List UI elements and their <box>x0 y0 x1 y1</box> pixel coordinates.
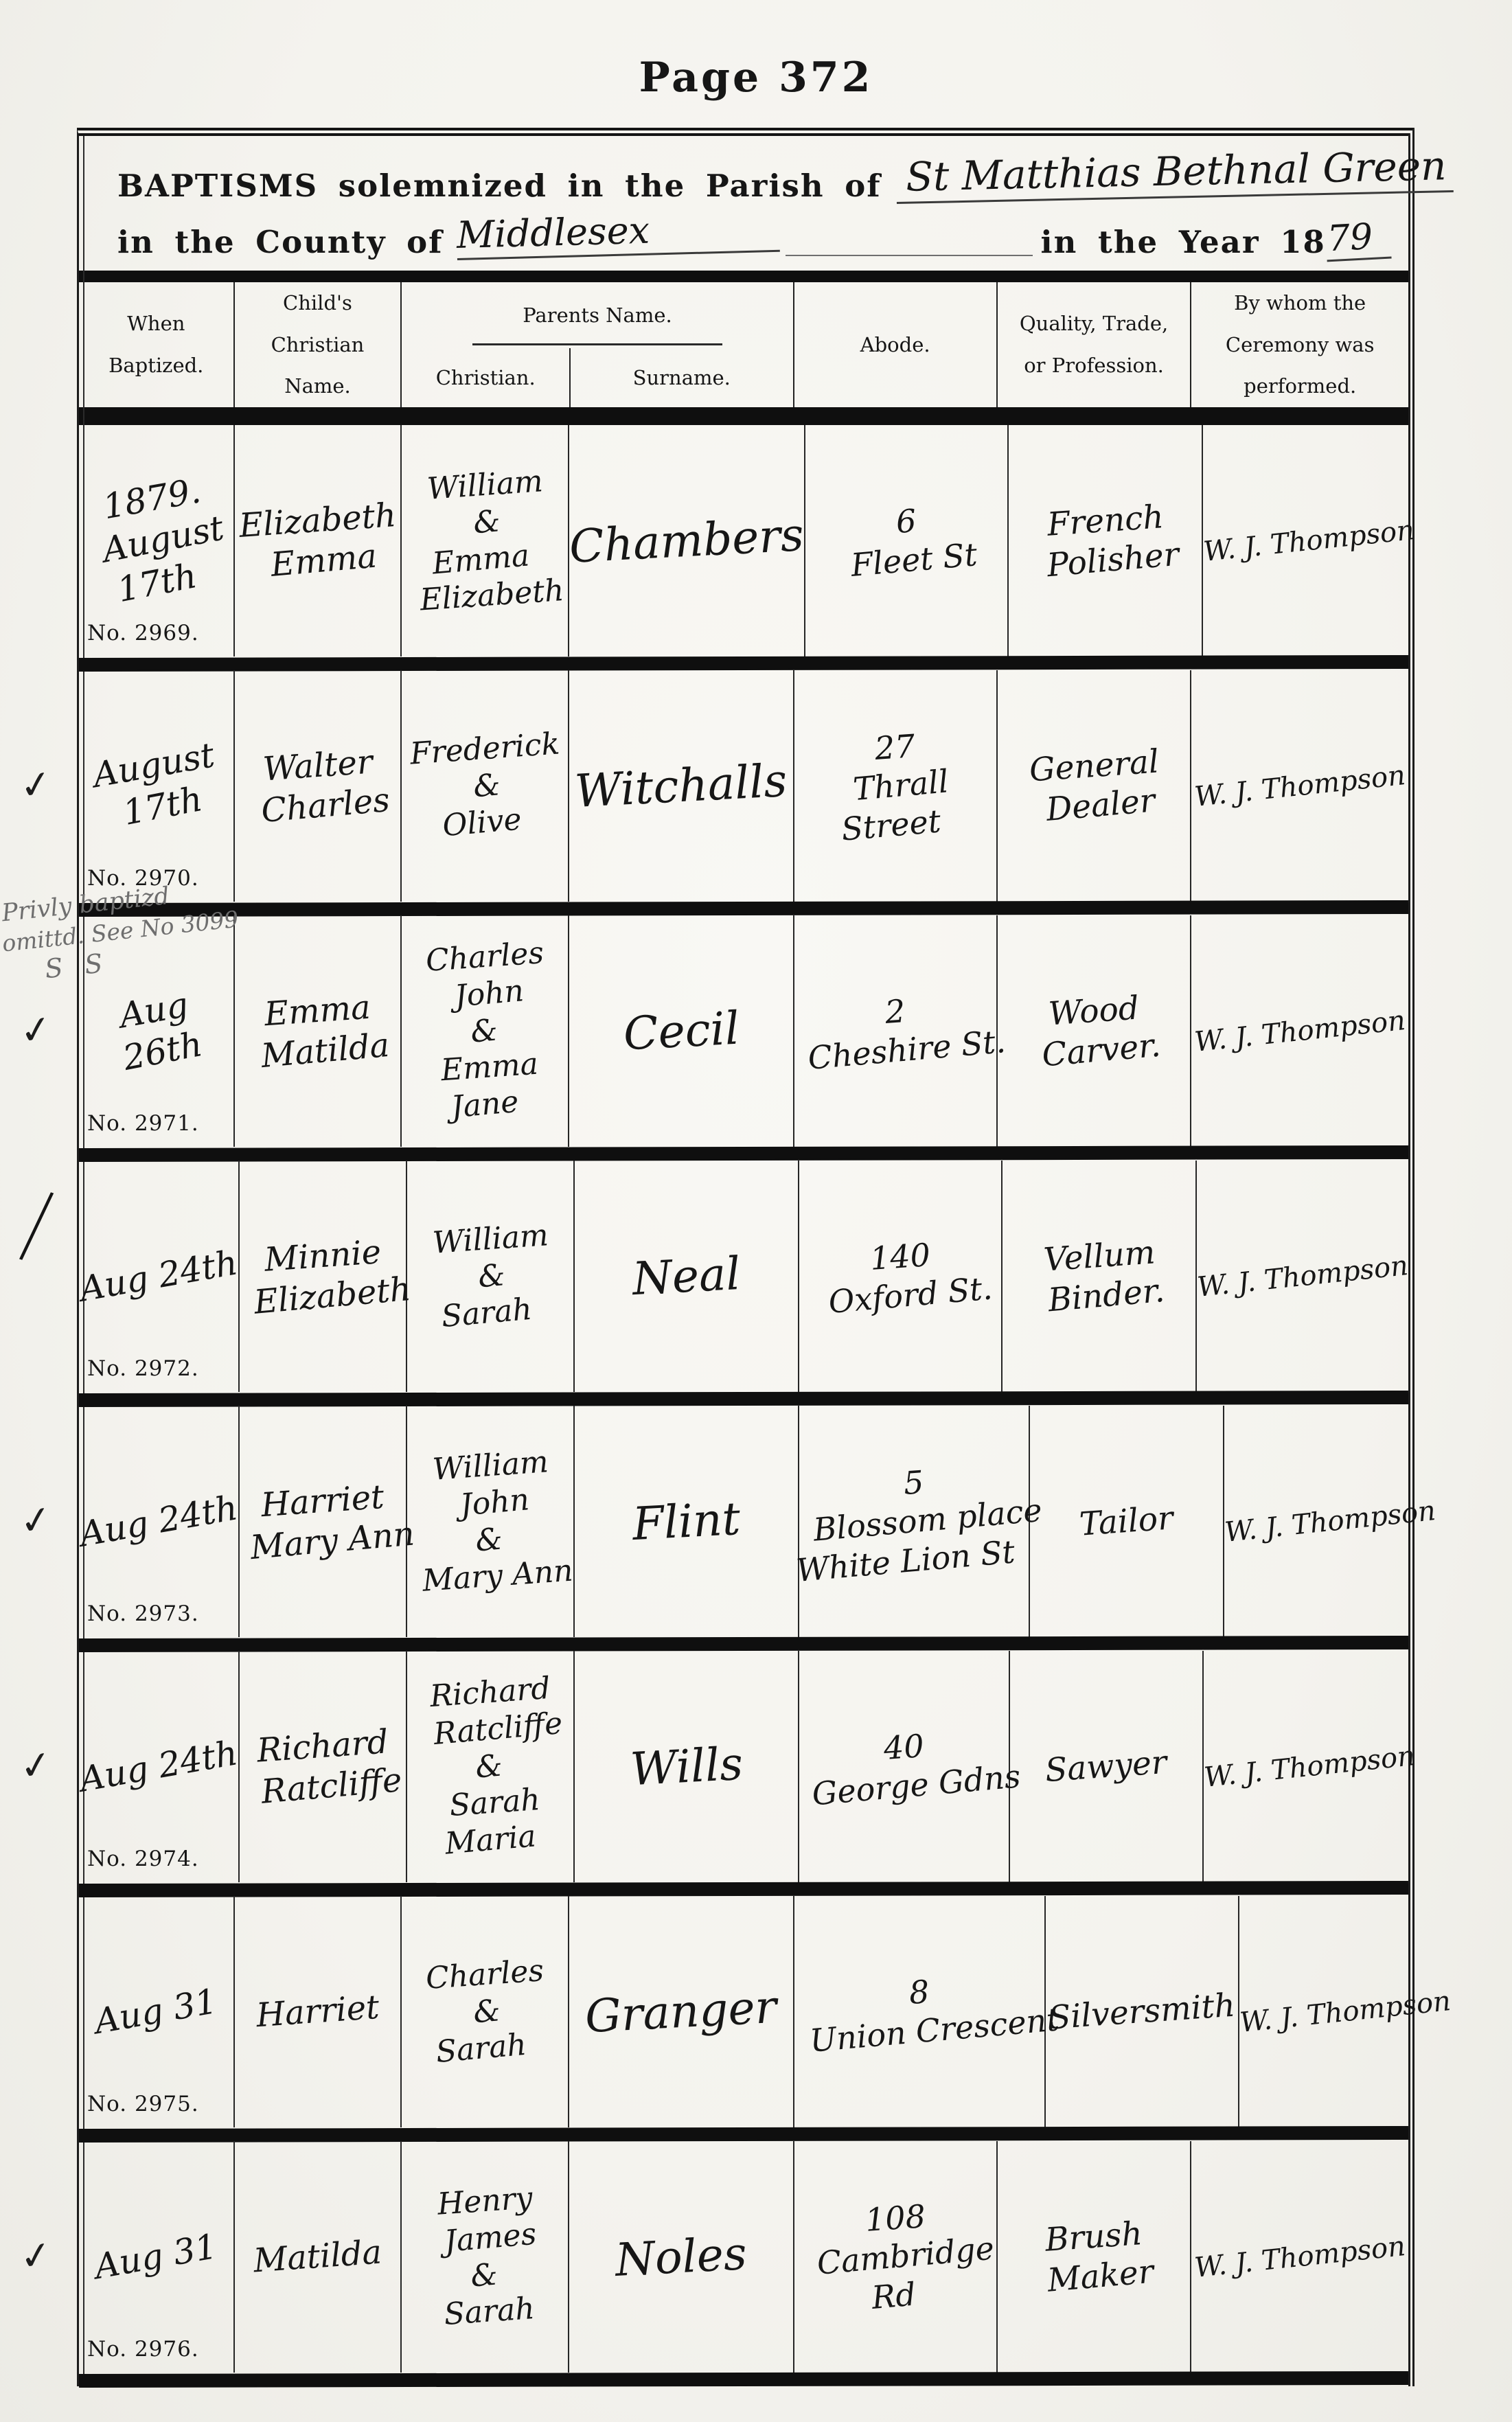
handwritten-line: & <box>469 2256 499 2295</box>
table-header-row: When Baptized. Child's Christian Name. P… <box>79 282 1408 407</box>
child-name-cell: HarrietMary Ann <box>240 1406 407 1637</box>
horizontal-rule <box>79 1391 1408 1407</box>
horizontal-rule <box>79 1145 1408 1162</box>
table-row: /Aug 24thNo. 2972.MinnieElizabethWilliam… <box>79 1161 1408 1392</box>
surname-cell: Neal <box>575 1161 799 1392</box>
surname-cell: Noles <box>569 2141 794 2373</box>
handwritten-line: 8 <box>908 1972 930 2012</box>
parent-christian-cell: HenryJames&Sarah <box>402 2141 569 2373</box>
handwritten-line: 140 <box>869 1235 932 1278</box>
horizontal-rule <box>79 655 1408 672</box>
handwritten-line: 2 <box>884 992 906 1031</box>
trade-profession-cell: Silversmith <box>1046 1896 1240 2127</box>
margin-check-mark: ✓ <box>17 1006 56 1055</box>
horizontal-rule <box>79 271 1408 282</box>
parents-underline <box>472 343 722 345</box>
handwritten-line: James <box>443 2215 538 2260</box>
county-name-handwritten: Middlesex <box>456 205 780 260</box>
handwritten-line: Sarah <box>440 1291 534 1336</box>
year-handwritten: 79 <box>1325 216 1391 262</box>
minister-signature: W. J. Thompson <box>1239 1985 1452 2039</box>
horizontal-rule <box>79 1636 1408 1652</box>
handwritten-line: 27 <box>873 727 916 768</box>
surname-handwritten: Wills <box>629 1737 744 1796</box>
register-page-scan: Page 372 Privly baptizd omittd. See No 3… <box>0 0 1512 2422</box>
margin-check-mark: ✓ <box>17 761 56 810</box>
table-row: Aug 31No. 2975.HarrietCharles&SarahGrang… <box>79 1896 1408 2127</box>
handwritten-line: Cheshire St. <box>807 1022 1007 1077</box>
trade-profession-cell: GeneralDealer <box>998 670 1192 902</box>
when-baptized-cell: /Aug 24thNo. 2972. <box>79 1161 240 1392</box>
trade-profession-cell: Tailor <box>1030 1406 1224 1637</box>
handwritten-line: John <box>458 1481 530 1524</box>
caption-ruled-line <box>786 254 1033 256</box>
minister-signature: W. J. Thompson <box>1193 1005 1406 1058</box>
parent-christian-cell: RichardRatcliffe&SarahMaria <box>407 1651 575 1882</box>
handwritten-line: 108 <box>864 2197 927 2239</box>
header-parent-surname: Surname. <box>571 348 793 407</box>
margin-check-mark: ✓ <box>17 1741 56 1790</box>
handwritten-line: Fleet St <box>849 535 978 584</box>
handwritten-line: Aug 31 <box>91 2226 220 2288</box>
handwritten-line: Aug 24th <box>76 1732 240 1801</box>
handwritten-line: Frederick <box>409 725 561 773</box>
trade-profession-cell: FrenchPolisher <box>1009 425 1203 656</box>
handwritten-line: Wood <box>1047 989 1140 1034</box>
when-baptized-cell: 1879.August17thNo. 2969. <box>79 425 235 656</box>
handwritten-line: Silversmith <box>1047 1985 1236 2037</box>
surname-handwritten: Neal <box>631 1247 742 1305</box>
baptism-register-table: BAPTISMS solemnized in the Parish of St … <box>77 128 1414 2386</box>
child-name-cell: MinnieElizabeth <box>240 1161 407 1392</box>
handwritten-line: Emma <box>440 1046 540 1089</box>
handwritten-line: 40 <box>882 1726 925 1768</box>
horizontal-rule <box>79 2126 1408 2143</box>
abode-cell: 8Union Crescent <box>794 1896 1046 2127</box>
abode-cell: 108CambridgeRd <box>794 2141 998 2373</box>
handwritten-line: Mary Ann <box>422 1553 575 1600</box>
entry-number: No. 2975. <box>87 2092 199 2116</box>
handwritten-line: William <box>431 1443 549 1488</box>
surname-handwritten: Witchalls <box>574 754 789 818</box>
handwritten-line: Oxford St. <box>827 1268 994 1321</box>
handwritten-line: & <box>472 1992 502 2031</box>
surname-handwritten: Granger <box>584 1980 779 2043</box>
handwritten-line: & <box>472 766 502 806</box>
minister-signature: W. J. Thompson <box>1223 1495 1436 1549</box>
entry-number: No. 2971. <box>87 1111 199 1136</box>
horizontal-rule <box>79 407 1408 425</box>
header-abode: Abode. <box>794 282 998 407</box>
when-baptized-cell: ✓Aug 24thNo. 2973. <box>79 1406 240 1637</box>
entry-number: No. 2972. <box>87 1356 199 1381</box>
handwritten-line: & <box>474 1520 505 1560</box>
handwritten-line: Aug 31 <box>91 1980 220 2043</box>
table-row: ✓Aug 31No. 2976.MatildaHenryJames&SarahN… <box>79 2141 1408 2373</box>
handwritten-line: & <box>472 503 502 542</box>
parent-christian-cell: William&Sarah <box>407 1161 575 1392</box>
abode-cell: 27ThrallStreet <box>794 670 998 902</box>
header-when-baptized: When Baptized. <box>79 282 235 407</box>
caption-year-printed: in the Year 18 <box>1041 224 1326 260</box>
handwritten-line: & <box>469 1012 499 1051</box>
surname-handwritten: Noles <box>614 2227 748 2287</box>
handwritten-line: William <box>431 1217 549 1261</box>
handwritten-line: Olive <box>441 801 523 845</box>
table-row: ✓Aug 24thNo. 2974.RichardRatcliffeRichar… <box>79 1651 1408 1882</box>
header-trade: Quality, Trade, or Profession. <box>998 282 1192 407</box>
handwritten-line: Union Crescent <box>808 2000 1061 2060</box>
page-title: Page 372 <box>0 54 1512 102</box>
entry-number: No. 2976. <box>87 2337 199 2362</box>
minister-cell: W. J. Thompson <box>1203 425 1414 656</box>
surname-cell: Chambers <box>569 425 805 656</box>
minister-cell: W. J. Thompson <box>1239 1896 1451 2127</box>
abode-cell: 5Blossom placeWhite Lion St <box>799 1406 1030 1637</box>
entry-number: No. 2969. <box>87 621 199 646</box>
handwritten-line: Sarah <box>443 2290 536 2333</box>
trade-profession-cell: Sawyer <box>1010 1651 1204 1882</box>
handwritten-line: Sawyer <box>1044 1743 1168 1791</box>
minister-signature: W. J. Thompson <box>1193 2230 1406 2284</box>
abode-cell: 40George Gdns <box>799 1651 1009 1882</box>
minister-cell: W. J. Thompson <box>1191 670 1408 902</box>
trade-profession-cell: WoodCarver. <box>998 915 1192 1147</box>
trade-profession-cell: BrushMaker <box>998 2141 1192 2373</box>
surname-cell: Flint <box>575 1406 799 1637</box>
header-parents-name: Parents Name. <box>523 295 672 336</box>
when-baptized-cell: ✓Aug 24thNo. 2974. <box>79 1651 240 1882</box>
handwritten-line: Charles <box>425 935 545 980</box>
surname-handwritten: Flint <box>631 1492 742 1551</box>
header-parent-christian: Christian. <box>402 348 571 407</box>
when-baptized-cell: ✓Aug 31No. 2976. <box>79 2141 235 2373</box>
when-baptized-cell: Aug 31No. 2975. <box>79 1896 235 2127</box>
handwritten-line: William <box>426 463 544 507</box>
handwritten-line: Jane <box>450 1084 520 1126</box>
surname-cell: Wills <box>575 1651 799 1882</box>
handwritten-line: Aug 24th <box>76 1242 240 1310</box>
abode-cell: 6Fleet St <box>805 425 1009 656</box>
handwritten-line: Maria <box>444 1818 538 1862</box>
parent-christian-cell: WilliamJohn&Mary Ann <box>407 1406 575 1637</box>
entry-number: No. 2973. <box>87 1601 199 1626</box>
caption-line2-printed: in the County of <box>117 224 444 260</box>
handwritten-line: Charles <box>425 1952 545 1998</box>
parent-christian-cell: Charles&Sarah <box>402 1896 569 2127</box>
minister-cell: W. J. Thompson <box>1197 1161 1408 1392</box>
table-row: ✓Aug 24thNo. 2973.HarrietMary AnnWilliam… <box>79 1406 1408 1637</box>
minister-signature: W. J. Thompson <box>1193 759 1406 813</box>
margin-check-mark: ✓ <box>17 2232 56 2281</box>
register-rows: 1879.August17thNo. 2969.ElizabethEmmaWil… <box>79 425 1408 2386</box>
surname-handwritten: Chambers <box>569 508 805 573</box>
register-caption: BAPTISMS solemnized in the Parish of St … <box>79 136 1408 271</box>
surname-handwritten: Cecil <box>622 1002 741 1061</box>
abode-cell: 140Oxford St. <box>799 1161 1003 1392</box>
handwritten-line: Aug 24th <box>76 1487 240 1555</box>
child-name-cell: Harriet <box>235 1896 402 2127</box>
surname-cell: Cecil <box>569 915 794 1147</box>
handwritten-line: Brush <box>1044 2214 1143 2260</box>
minister-cell: W. J. Thompson <box>1191 2141 1408 2373</box>
minister-signature: W. J. Thompson <box>1195 1250 1409 1303</box>
entry-number: No. 2974. <box>87 1847 199 1871</box>
parish-name-handwritten: St Matthias Bethnal Green <box>895 142 1454 204</box>
minister-signature: W. J. Thompson <box>1203 1740 1417 1794</box>
handwritten-line: & <box>474 1747 505 1786</box>
header-childs-name: Child's Christian Name. <box>235 282 402 407</box>
table-row: 1879.August17thNo. 2969.ElizabethEmmaWil… <box>79 425 1408 656</box>
handwritten-line: Harriet <box>255 1987 380 2036</box>
handwritten-line: Matilda <box>252 2232 383 2281</box>
margin-check-mark: ✓ <box>17 1496 56 1545</box>
child-name-cell: RichardRatcliffe <box>240 1651 407 1882</box>
minister-cell: W. J. Thompson <box>1204 1651 1415 1882</box>
minister-cell: W. J. Thompson <box>1224 1406 1436 1637</box>
handwritten-line: Tailor <box>1078 1498 1174 1544</box>
handwritten-line: Rd <box>870 2274 917 2316</box>
handwritten-line: & <box>477 1257 507 1296</box>
minister-signature: W. J. Thompson <box>1202 514 1415 568</box>
trade-profession-cell: VellumBinder. <box>1003 1161 1197 1392</box>
child-name-cell: ElizabethEmma <box>235 425 402 656</box>
handwritten-line: 6 <box>895 501 918 541</box>
horizontal-rule <box>79 1881 1408 1897</box>
handwritten-line: 5 <box>903 1463 926 1503</box>
handwritten-line: Street <box>840 801 942 849</box>
minister-cell: W. J. Thompson <box>1191 915 1408 1147</box>
abode-cell: 2Cheshire St. <box>794 915 998 1147</box>
parent-christian-cell: Frederick&Olive <box>402 670 569 902</box>
surname-cell: Witchalls <box>569 670 794 902</box>
header-minister: By whom the Ceremony was performed. <box>1191 282 1408 407</box>
horizontal-rule <box>79 2371 1408 2388</box>
table-row: ✓August17thNo. 2970.WalterCharlesFrederi… <box>79 670 1408 902</box>
parent-christian-cell: William&EmmaElizabeth <box>402 425 569 656</box>
caption-line1-printed: BAPTISMS solemnized in the Parish of <box>117 168 882 204</box>
header-parents-name-group: Parents Name. Christian. Surname. <box>402 282 794 407</box>
handwritten-line: Sarah <box>435 2026 528 2071</box>
parent-christian-cell: CharlesJohn&EmmaJane <box>402 915 569 1147</box>
margin-slash-mark: / <box>15 1172 59 1275</box>
handwritten-line: John <box>453 972 525 1015</box>
surname-cell: Granger <box>569 1896 794 2127</box>
when-baptized-cell: ✓August17thNo. 2970. <box>79 670 235 902</box>
child-name-cell: Matilda <box>235 2141 402 2373</box>
